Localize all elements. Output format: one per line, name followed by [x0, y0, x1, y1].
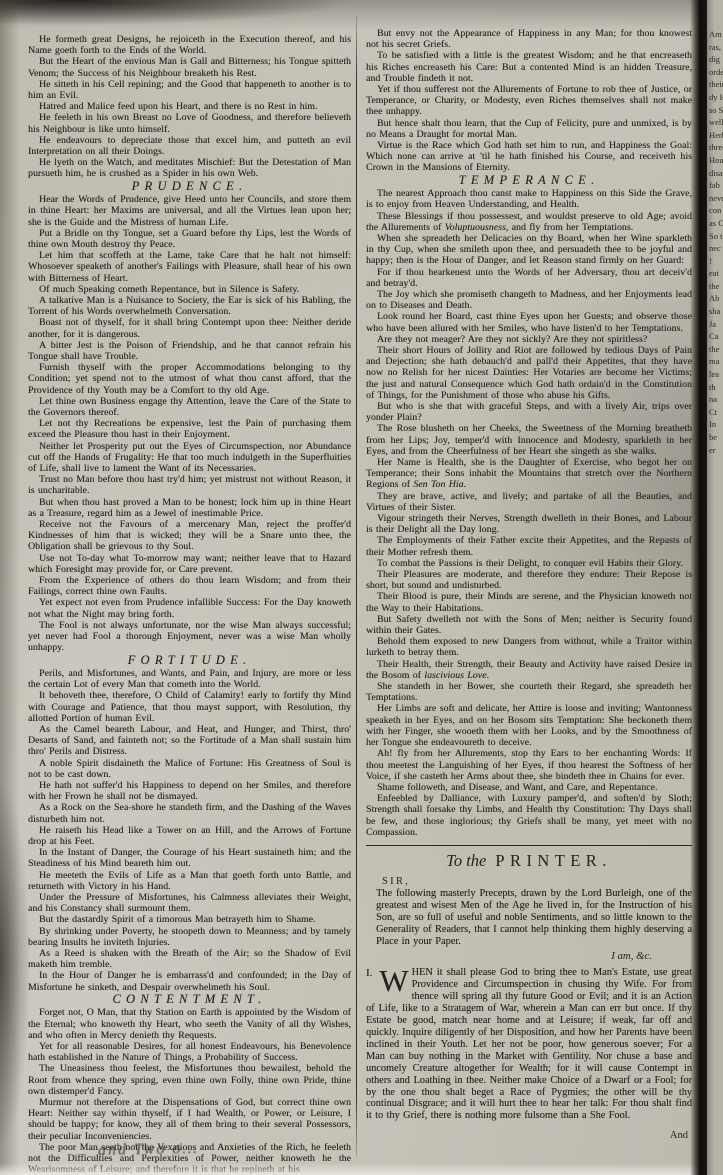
paragraph: Behold them exposed to new Dangers from … [366, 636, 692, 658]
paragraph: In the Instant of Danger, the Courage of… [28, 847, 351, 869]
paragraph: Let him that scoffeth at the Lame, take … [28, 250, 351, 284]
column-divider-rule [356, 16, 357, 1157]
edge-text-fragment: So t [709, 230, 723, 243]
letter-intro-paragraph: The following masterly Precepts, drawn b… [366, 888, 692, 948]
paragraph: She standeth in her Bower, she courteth … [366, 681, 692, 703]
paragraph: He lyeth on the Watch, and meditates Mis… [28, 157, 351, 179]
letter-heading: To thePRINTER. [366, 851, 692, 871]
paragraph: He meeteth the Evils of Life as a Man th… [28, 870, 351, 892]
paragraph: The Fool is not always unfortunate, nor … [28, 620, 351, 654]
paragraph: For if thou hearkenest unto the Words of… [366, 267, 692, 289]
edge-text-fragment: In [709, 418, 723, 431]
edge-text-fragment: Am [709, 28, 723, 41]
adjacent-page-edge: Amras,digordetheirdy Hso ShwellHerbthree… [707, 0, 723, 1175]
photo-corner-shadow [0, 785, 30, 1145]
edge-text-fragment: be [709, 431, 723, 444]
paragraph: A talkative Man is a Nuisance to Society… [28, 295, 351, 317]
edge-text-fragment: neve [709, 192, 723, 205]
paragraph: Their short Hours of Jollity and Riot ar… [366, 345, 692, 401]
paragraph: Boast not of thyself, for it shall bring… [28, 317, 351, 339]
paragraph: But envy not the Appearance of Happiness… [366, 28, 692, 50]
paragraph: But the Heart of the envious Man is Gall… [28, 56, 351, 78]
paragraph: Her Name is Health, she is the Daughter … [366, 457, 692, 491]
paragraph: Their Blood is pure, their Minds are ser… [366, 591, 692, 613]
edge-text-fragment: well [709, 116, 723, 129]
edge-text-fragment: Ca [709, 330, 723, 343]
edge-text-fragment: orde [709, 66, 723, 79]
paragraph: As a Rock on the Sea-shore he standeth f… [28, 802, 351, 824]
edge-text-fragment: fab [709, 179, 723, 192]
paragraph: The Uneasiness thou feelest, the Misfort… [28, 1063, 351, 1097]
paragraph: As a Reed is shaken with the Breath of t… [28, 948, 351, 970]
paragraph: To combat the Passions is their Delight,… [366, 558, 692, 569]
paragraph: But the dastardly Spirit of a timorous M… [28, 914, 351, 925]
paragraph: He hath not suffer'd his Happiness to de… [28, 780, 351, 802]
edge-text-fragment: Ja [709, 318, 723, 331]
newspaper-page: He formeth great Designs, he rejoiceth i… [0, 0, 723, 1175]
paragraph: Look round her Board, cast thine Eyes up… [366, 311, 692, 333]
edge-text-fragment: as O [709, 217, 723, 230]
paragraph: Use not To-day what To-morrow may want; … [28, 553, 351, 575]
paragraph: Virtue is the Race which God hath set hi… [366, 140, 692, 174]
paragraph: Hatred and Malice feed upon his Heart, a… [28, 101, 351, 112]
paragraph: The Joy which she promiseth changeth to … [366, 289, 692, 311]
ink-smudge-text: and Two o… [98, 1140, 199, 1160]
paragraph: He formeth great Designs, he rejoiceth i… [28, 34, 351, 56]
paragraph: Yet for all reasonable Desires, for all … [28, 1041, 351, 1063]
section-heading: CONTENTMENT. [28, 993, 351, 1007]
edge-text-fragment: Ab [709, 292, 723, 305]
edge-text-fragment: the [709, 343, 723, 356]
paragraph: It behoveth thee, therefore, O Child of … [28, 690, 351, 724]
edge-text-fragment: the [709, 280, 723, 293]
edge-text-fragment: na [709, 393, 723, 406]
edge-text-fragment: Ct [709, 406, 723, 419]
paragraph: As the Camel beareth Labour, and Heat, a… [28, 724, 351, 758]
paragraph: Let not thy Recreations be expensive, le… [28, 418, 351, 440]
paragraph: Their Health, their Strength, their Beau… [366, 659, 692, 681]
edge-text-fragment: ma [709, 355, 723, 368]
edge-text-fragment: ! [709, 255, 723, 268]
paragraph: Are they not meager? Are they not sickly… [366, 334, 692, 345]
paragraph: By shrinking under Poverty, he stoopeth … [28, 926, 351, 948]
catchword: And [366, 1130, 692, 1141]
letter-heading-title: PRINTER. [495, 851, 611, 870]
paragraph: He feeleth in his own Breast no Love of … [28, 112, 351, 134]
paragraph: From the Experience of others do thou le… [28, 575, 351, 597]
paragraph: The Rose blusheth on her Cheeks, the Swe… [366, 423, 692, 457]
drop-cap: W [379, 969, 408, 992]
letter-salutation: SIR, [382, 876, 692, 888]
paragraph: But who is she that with graceful Steps,… [366, 401, 692, 423]
page-gutter-shadow [690, 0, 708, 1175]
paragraph: Yet if thou sufferest not the Allurement… [366, 84, 692, 118]
edge-text-fragment: so Sh [709, 104, 723, 117]
paragraph: Furnish thyself with the proper Accommod… [28, 362, 351, 396]
edge-text-fragment: dig [709, 53, 723, 66]
paragraph: He sitteth in his Cell repining; and the… [28, 79, 351, 101]
section-heading: TEMPERANCE. [366, 174, 692, 188]
paragraph: Shame followeth, and Disease, and Want, … [366, 782, 692, 793]
edge-text-fragment: their [709, 78, 723, 91]
paragraph: He raiseth his Head like a Tower on an H… [28, 825, 351, 847]
letter-heading-prefix: To the [446, 851, 486, 870]
paragraph: Forget not, O Man, that thy Station on E… [28, 1007, 351, 1041]
edge-text-fragment: dy H [709, 91, 723, 104]
left-column: He formeth great Designs, he rejoiceth i… [28, 34, 351, 1175]
paragraph: To be satisfied with a little is the gre… [366, 50, 692, 84]
photo-top-shadow [0, 0, 723, 30]
edge-text-fragment: nec [709, 242, 723, 255]
edge-text-fragment: eat [709, 267, 723, 280]
paragraph: Receive not the Favours of a mercenary M… [28, 519, 351, 553]
edge-text-fragment: three [709, 141, 723, 154]
paragraph: Put a Bridle on thy Tongue, set a Guard … [28, 228, 351, 250]
paragraph: But hence shalt thou learn, that the Cup… [366, 118, 692, 140]
edge-text-fragment: Herb [709, 129, 723, 142]
paragraph: Her Limbs are soft and delicate, her Att… [366, 703, 692, 748]
paragraph: Perils, and Misfortunes, and Wants, and … [28, 668, 351, 690]
edge-text-fragment: lea [709, 368, 723, 381]
paragraph: When she spreadeth her Delicacies on thy… [366, 233, 692, 267]
paragraph: They are brave, active, and lively; and … [366, 491, 692, 513]
section-heading: FORTITUDE. [28, 654, 351, 668]
paragraph: Yet expect not even from Prudence infall… [28, 597, 351, 619]
paragraph: Trust no Man before thou hast try'd him;… [28, 474, 351, 496]
right-column: But envy not the Appearance of Happiness… [366, 28, 692, 1141]
edge-text-fragment: ras, [709, 41, 723, 54]
paragraph: Under the Pressure of Misfortunes, his C… [28, 892, 351, 914]
paragraph: The Employments of their Father excite t… [366, 535, 692, 557]
letter-signoff: I am, &c. [366, 950, 652, 962]
paragraph: Let thine own Business engage thy Attent… [28, 396, 351, 418]
paragraph: Enfeebled by Dalliance, with Luxury pamp… [366, 793, 692, 838]
paragraph: Murmur not therefore at the Dispensation… [28, 1097, 351, 1142]
edge-text-fragment: er [709, 444, 723, 457]
paragraph: But Safety dwelleth not with the Sons of… [366, 614, 692, 636]
paragraph: Of much Speaking cometh Repentance, but … [28, 284, 351, 295]
edge-text-fragment: Hou [709, 154, 723, 167]
right-column-essays: But envy not the Appearance of Happiness… [366, 28, 692, 838]
edge-text-fragment: th [709, 381, 723, 394]
paragraph: Neither let Prosperity put out the Eyes … [28, 441, 351, 475]
paragraph: A noble Spirit disdaineth the Malice of … [28, 758, 351, 780]
letter-first-precept: I.WHEN it shall please God to bring thee… [366, 967, 692, 1122]
paragraph: Hear the Words of Prudence, give Heed un… [28, 194, 351, 228]
paragraph: Vigour stringeth their Nerves, Strength … [366, 513, 692, 535]
edge-text-fragment: con [709, 204, 723, 217]
paragraph: He endeavours to depreciate those that e… [28, 135, 351, 157]
section-heading: PRUDENCE. [28, 180, 351, 194]
paragraph: But when thou hast proved a Man to be ho… [28, 497, 351, 519]
paragraph: Ah! fly from her Allurements, stop thy E… [366, 748, 692, 782]
edge-text-fragment: sha [709, 305, 723, 318]
paragraph: A bitter Jest is the Poison of Friendshi… [28, 340, 351, 362]
letter-section-rule [366, 845, 692, 846]
photo-left-shadow [0, 0, 20, 1175]
precept-text: HEN it shall please God to bring thee to… [366, 967, 692, 1121]
edge-text-fragment: disa [709, 167, 723, 180]
precept-number: I. [366, 968, 372, 980]
paragraph: Their Pleasures are moderate, and theref… [366, 569, 692, 591]
paragraph: In the Hour of Danger he is embarrass'd … [28, 970, 351, 992]
paragraph: These Blessings if thou possessest, and … [366, 211, 692, 233]
paragraph: The nearest Approach thou canst make to … [366, 188, 692, 210]
